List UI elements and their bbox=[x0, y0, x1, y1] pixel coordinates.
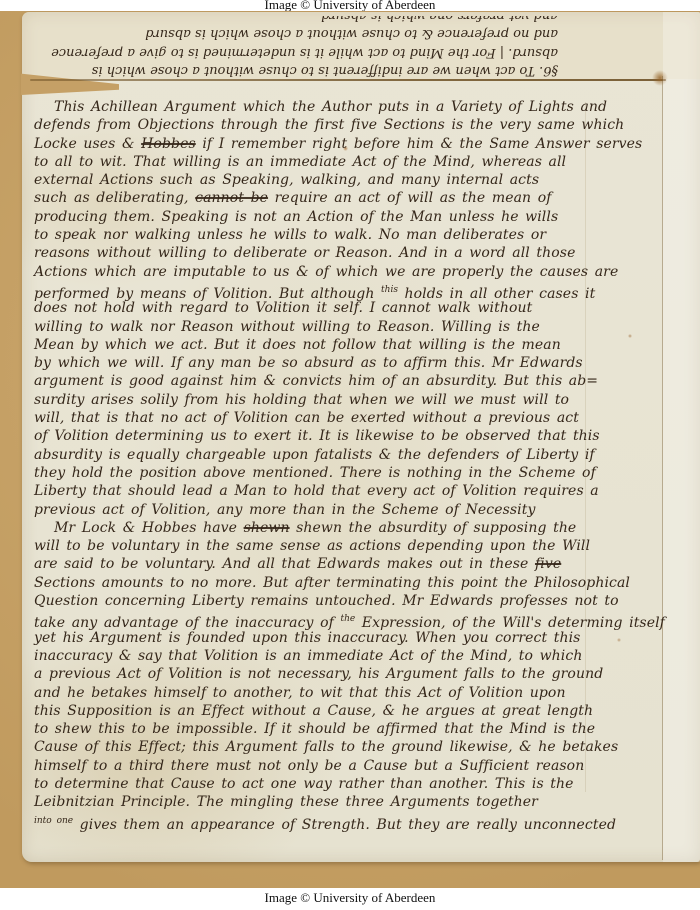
handwritten-text: yet his Argument is founded upon this in… bbox=[34, 630, 580, 646]
handwritten-text: producing them. Speaking is not an Actio… bbox=[34, 209, 558, 225]
horizontal-fold-crease bbox=[30, 79, 666, 81]
handwritten-text: Sections amounts to no more. But after t… bbox=[34, 575, 630, 591]
manuscript-line: reasons without willing to deliberate or… bbox=[34, 244, 656, 262]
handwritten-text: inaccuracy & say that Volition is an imm… bbox=[34, 648, 582, 664]
vertical-fold-crease bbox=[662, 76, 663, 860]
handwritten-text: Liberty that should lead a Man to hold t… bbox=[34, 483, 599, 499]
manuscript-line: Question concerning Liberty remains unto… bbox=[34, 592, 656, 610]
manuscript-line: and he betakes himself to another, to wi… bbox=[34, 684, 656, 702]
manuscript-line: himself to a third there must not only b… bbox=[34, 757, 656, 775]
handwritten-text: Mr Lock & Hobbes have bbox=[54, 520, 244, 536]
manuscript-line: Sections amounts to no more. But after t… bbox=[34, 574, 656, 592]
manuscript-line: performed by means of Volition. But alth… bbox=[34, 281, 656, 299]
manuscript-line: such as deliberating, cannot be require … bbox=[34, 189, 656, 207]
manuscript-line: absurdity is equally chargeable upon fat… bbox=[34, 446, 656, 464]
manuscript-line: inaccuracy & say that Volition is an imm… bbox=[34, 647, 656, 665]
manuscript-line: does not hold with regard to Volition it… bbox=[34, 299, 656, 317]
handwritten-text: Question concerning Liberty remains unto… bbox=[34, 593, 619, 609]
handwritten-text: and no preference & to chuse without a c… bbox=[145, 27, 558, 42]
manuscript-line: Liberty that should lead a Man to hold t… bbox=[34, 482, 656, 500]
handwritten-text: if I remember right before him & the Sam… bbox=[196, 136, 643, 152]
handwritten-text: will, that is that no act of Volition ca… bbox=[34, 410, 579, 426]
manuscript-line: and yet prefers one which is absurd bbox=[34, 16, 558, 24]
strike-text: five bbox=[535, 556, 561, 572]
sup-text: this bbox=[381, 285, 398, 295]
handwritten-text: will to be voluntary in the same sense a… bbox=[34, 538, 590, 554]
manuscript-line: Leibnitzian Principle. The mingling thes… bbox=[34, 793, 656, 811]
handwritten-text: §6. To act when we are indifferent is to… bbox=[92, 63, 558, 78]
manuscript-line: Mean by which we act. But it does not fo… bbox=[34, 336, 656, 354]
manuscript-line: are said to be voluntary. And all that E… bbox=[34, 555, 656, 573]
manuscript-line: defends from Objections through the firs… bbox=[34, 116, 656, 134]
manuscript-line: into one gives them an appearance of Str… bbox=[34, 812, 656, 830]
manuscript-lines: This Achillean Argument which the Author… bbox=[34, 98, 656, 830]
manuscript-line: to determine that Cause to act one way r… bbox=[34, 775, 656, 793]
handwritten-text: Actions which are imputable to us & of w… bbox=[34, 264, 618, 280]
handwritten-text: argument is good against him & convicts … bbox=[34, 373, 598, 389]
handwritten-text: a previous Act of Volition is not necess… bbox=[34, 666, 603, 682]
manuscript-line: take any advantage of the inaccuracy of … bbox=[34, 610, 656, 628]
manuscript-line: Cause of this Effect; this Argument fall… bbox=[34, 738, 656, 756]
manuscript-line: will, that is that no act of Volition ca… bbox=[34, 409, 656, 427]
manuscript-line: previous act of Volition, any more than … bbox=[34, 501, 656, 519]
manuscript-line: to shew this to be impossible. If it sho… bbox=[34, 720, 656, 738]
handwritten-text: defends from Objections through the firs… bbox=[34, 117, 624, 133]
right-margin-highlight bbox=[663, 12, 700, 862]
scanned-manuscript-image: §6. To act when we are indifferent is to… bbox=[0, 11, 700, 888]
handwritten-text: to speak nor walking unless he wills to … bbox=[34, 227, 546, 243]
handwritten-text: of Volition determining us to exert it. … bbox=[34, 428, 600, 444]
strike-text: cannot be bbox=[195, 190, 268, 206]
handwritten-text: and he betakes himself to another, to wi… bbox=[34, 685, 566, 701]
handwritten-text: Mean by which we act. But it does not fo… bbox=[34, 337, 561, 353]
handwritten-text: and yet prefers one which is absurd bbox=[321, 16, 558, 23]
handwritten-text: does not hold with regard to Volition it… bbox=[34, 300, 532, 316]
manuscript-line: will to be voluntary in the same sense a… bbox=[34, 537, 656, 555]
handwritten-text: are said to be voluntary. And all that E… bbox=[34, 556, 535, 572]
header-credit: Image © University of Aberdeen bbox=[0, 0, 700, 11]
handwritten-text: require an act of will as the mean of bbox=[268, 190, 551, 206]
handwritten-text: such as deliberating, bbox=[34, 190, 195, 206]
manuscript-line: surdity arises solily from his holding t… bbox=[34, 391, 656, 409]
handwritten-text: external Actions such as Speaking, walki… bbox=[34, 172, 539, 188]
manuscript-line: to all to wit. That willing is an immedi… bbox=[34, 153, 656, 171]
paper-sheet: §6. To act when we are indifferent is to… bbox=[22, 12, 700, 862]
manuscript-line: absurd. | For the Mind to act while it i… bbox=[34, 43, 558, 61]
sup-text: into one bbox=[34, 816, 73, 826]
manuscript-line: yet his Argument is founded upon this in… bbox=[34, 629, 656, 647]
handwritten-text: to all to wit. That willing is an immedi… bbox=[34, 154, 566, 170]
manuscript-line: this Supposition is an Effect without a … bbox=[34, 702, 656, 720]
handwritten-text: to determine that Cause to act one way r… bbox=[34, 776, 574, 792]
handwritten-text: absurd. | For the Mind to act while it i… bbox=[51, 45, 558, 60]
handwritten-text: by which we will. If any man be so absur… bbox=[34, 355, 583, 371]
manuscript-line: of Volition determining us to exert it. … bbox=[34, 427, 656, 445]
manuscript-line: Locke uses & Hobbes if I remember right … bbox=[34, 135, 656, 153]
inverted-note: §6. To act when we are indifferent is to… bbox=[34, 16, 558, 78]
handwritten-text: gives them an appearance of Strength. Bu… bbox=[73, 817, 616, 833]
manuscript-line: §6. To act when we are indifferent is to… bbox=[34, 61, 558, 78]
sup-text: the bbox=[340, 614, 355, 624]
manuscript-line: willing to walk nor Reason without willi… bbox=[34, 318, 656, 336]
handwritten-text: to shew this to be impossible. If it sho… bbox=[34, 721, 595, 737]
handwritten-text: reasons without willing to deliberate or… bbox=[34, 245, 575, 261]
handwritten-text: this Supposition is an Effect without a … bbox=[34, 703, 593, 719]
manuscript-line: argument is good against him & convicts … bbox=[34, 372, 656, 390]
manuscript-line: Actions which are imputable to us & of w… bbox=[34, 263, 656, 281]
handwritten-text: absurdity is equally chargeable upon fat… bbox=[34, 447, 595, 463]
handwritten-text: willing to walk nor Reason without willi… bbox=[34, 319, 540, 335]
handwritten-text: previous act of Volition, any more than … bbox=[34, 502, 535, 518]
handwritten-text: This Achillean Argument which the Author… bbox=[54, 99, 607, 115]
handwritten-text: himself to a third there must not only b… bbox=[34, 758, 584, 774]
handwritten-text: shewn the absurdity of supposing the bbox=[290, 520, 577, 536]
footer-credit: Image © University of Aberdeen bbox=[0, 889, 700, 906]
strike-text: Hobbes bbox=[141, 136, 196, 152]
manuscript-line: producing them. Speaking is not an Actio… bbox=[34, 208, 656, 226]
handwritten-text: Leibnitzian Principle. The mingling thes… bbox=[34, 794, 538, 810]
handwritten-text: they hold the position above mentioned. … bbox=[34, 465, 596, 481]
manuscript-line: they hold the position above mentioned. … bbox=[34, 464, 656, 482]
inverted-note-lines: §6. To act when we are indifferent is to… bbox=[34, 16, 558, 78]
handwritten-text: surdity arises solily from his holding t… bbox=[34, 392, 569, 408]
manuscript-line: Mr Lock & Hobbes have shewn shewn the ab… bbox=[34, 519, 656, 537]
handwritten-text: Locke uses & bbox=[34, 136, 141, 152]
manuscript-line: a previous Act of Volition is not necess… bbox=[34, 665, 656, 683]
manuscript-line: to speak nor walking unless he wills to … bbox=[34, 226, 656, 244]
handwritten-text: Cause of this Effect; this Argument fall… bbox=[34, 739, 618, 755]
manuscript-line: by which we will. If any man be so absur… bbox=[34, 354, 656, 372]
strike-text: shewn bbox=[244, 520, 290, 536]
manuscript-line: and no preference & to chuse without a c… bbox=[34, 24, 558, 42]
manuscript-line: This Achillean Argument which the Author… bbox=[34, 98, 656, 116]
manuscript-line: external Actions such as Speaking, walki… bbox=[34, 171, 656, 189]
